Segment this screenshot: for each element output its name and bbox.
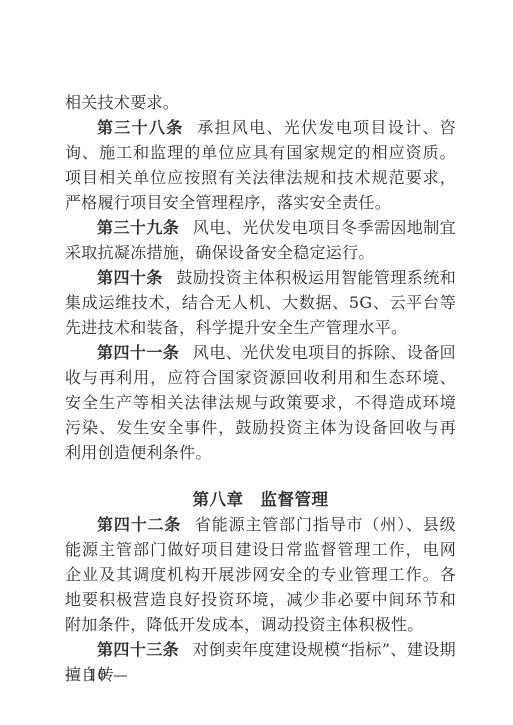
article-number: 第四十二条 [97, 515, 181, 534]
paragraph-article-41: 第四十一条风电、光伏发电项目的拆除、设备回收与再利用，应符合国家资源回收利用和生… [65, 340, 456, 465]
paragraph-article-39: 第三十九条风电、光伏发电项目冬季需因地制宜采取抗凝冻措施，确保设备安全稳定运行。 [65, 215, 456, 265]
article-number: 第四十一条 [97, 343, 179, 362]
article-number: 第四十条 [97, 268, 163, 287]
document-body: 相关技术要求。 第三十八条承担风电、光伏发电项目设计、咨询、施工和监理的单位应具… [65, 90, 456, 687]
paragraph-article-38: 第三十八条承担风电、光伏发电项目设计、咨询、施工和监理的单位应具有国家规定的相应… [65, 115, 456, 215]
chapter-heading: 第八章 监督管理 [65, 487, 456, 512]
document-page: 相关技术要求。 第三十八条承担风电、光伏发电项目设计、咨询、施工和监理的单位应具… [0, 0, 513, 725]
paragraph-article-40: 第四十条鼓励投资主体积极运用智能管理系统和集成运维技术，结合无人机、大数据、5G… [65, 265, 456, 340]
page-number: — 10 — [66, 666, 129, 686]
paragraph-article-42: 第四十二条省能源主管部门指导市（州）、县级能源主管部门做好项目建设日常监督管理工… [65, 512, 456, 637]
article-number: 第三十八条 [97, 118, 184, 137]
article-number: 第三十九条 [97, 218, 179, 237]
continuation-text: 相关技术要求。 [65, 93, 179, 112]
article-number: 第四十三条 [97, 640, 179, 659]
paragraph-continuation: 相关技术要求。 [65, 90, 456, 115]
